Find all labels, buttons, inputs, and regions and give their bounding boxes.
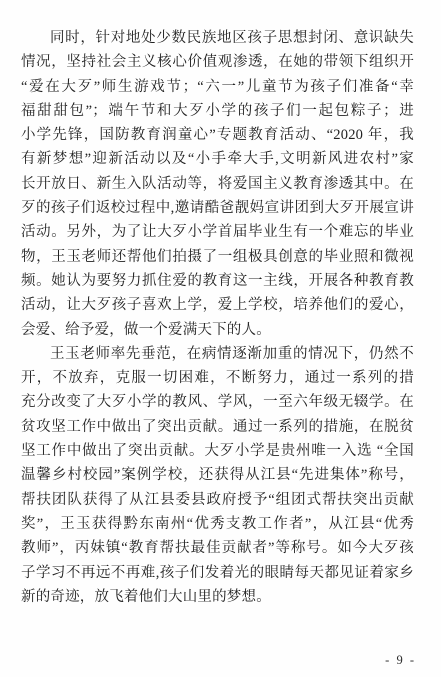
text-line: 同时，针对地处少数民族地区孩子思想封闭、意识缺失的 (21, 26, 414, 50)
text-line: 频。她认为要努力抓住爱的教育这一主线，开展各种教育教学 (21, 269, 414, 293)
text-line: 活动，让大歹孩子喜欢上学，爱上学校，培养他们的爱心，学 (21, 293, 414, 317)
text-line: “爱在大歹”师生游戏节；“六一”儿童节为孩子们准备“幸 (21, 75, 414, 99)
text-line: 活动。另外，为了让大歹小学首届毕业生有一个难忘的毕业礼 (21, 220, 414, 244)
text-line: 奖”，王玉获得黔东南州“优秀支教工作者”，从江县“优秀 (21, 512, 414, 536)
text-line: 小学先锋，国防教育润童心”专题教育活动、“2020 年，我 (21, 123, 414, 147)
text-line: 长开放日、新生入队活动等，将爱国主义教育渗透其中。在大 (21, 172, 414, 196)
text-line: 歹的孩子们返校过程中,邀请酷爸靓妈宣讲团到大歹开展宣讲 (21, 196, 414, 220)
text-line: 温馨乡村校园”案例学校，还获得从江县“先进集体”称号， (21, 463, 414, 487)
text-line: 子学习不再远不再难,孩子们发着光的眼睛每天都见证着家乡 (21, 561, 414, 585)
text-line: 情况，坚持社会主义核心价值观渗透，在她的带领下组织开展 (21, 50, 414, 74)
paragraph-2: 王玉老师率先垂范，在病情逐渐加重的情况下，仍然不离 开，不放弃，克服一切困难，不… (21, 342, 414, 609)
text-line: 充分改变了大歹小学的教风、学风，一至六年级无辍学。在脱 (21, 390, 414, 414)
text-line: 福甜甜包”；端午节和大歹小学的孩子们一起包粽子；进行“从 (21, 99, 414, 123)
text-line: 新的奇迹，放飞着他们大山里的梦想。 (21, 585, 414, 609)
text-line: 坚工作中做出了突出贡献。大歹小学是贵州唯一入选 “全国 (21, 439, 414, 463)
paragraph-1: 同时，针对地处少数民族地区孩子思想封闭、意识缺失的 情况，坚持社会主义核心价值观… (21, 26, 414, 342)
document-page: 同时，针对地处少数民族地区孩子思想封闭、意识缺失的 情况，坚持社会主义核心价值观… (0, 0, 441, 677)
text-line: 帮扶团队获得了从江县委县政府授予“组团式帮扶突出贡献 (21, 488, 414, 512)
text-line: 王玉老师率先垂范，在病情逐渐加重的情况下，仍然不离 (21, 342, 414, 366)
page-number: - 9 - (385, 653, 416, 667)
text-line: 教师”，丙妹镇“教育帮扶最佳贡献者”等称号。如今大歹孩 (21, 536, 414, 560)
text-line: 开，不放弃，克服一切困难，不断努力，通过一系列的措施， (21, 366, 414, 390)
text-line: 有新梦想”迎新活动以及“小手牵大手,文明新风进农村”家 (21, 147, 414, 171)
document-body: 同时，针对地处少数民族地区孩子思想封闭、意识缺失的 情况，坚持社会主义核心价值观… (21, 26, 414, 609)
text-line: 贫攻坚工作中做出了突出贡献。通过一系列的措施，在脱贫攻 (21, 415, 414, 439)
text-line: 物，王玉老师还帮他们拍摄了一组极具创意的毕业照和微视 (21, 245, 414, 269)
text-line: 会爱、给予爱，做一个爱满天下的人。 (21, 318, 414, 342)
